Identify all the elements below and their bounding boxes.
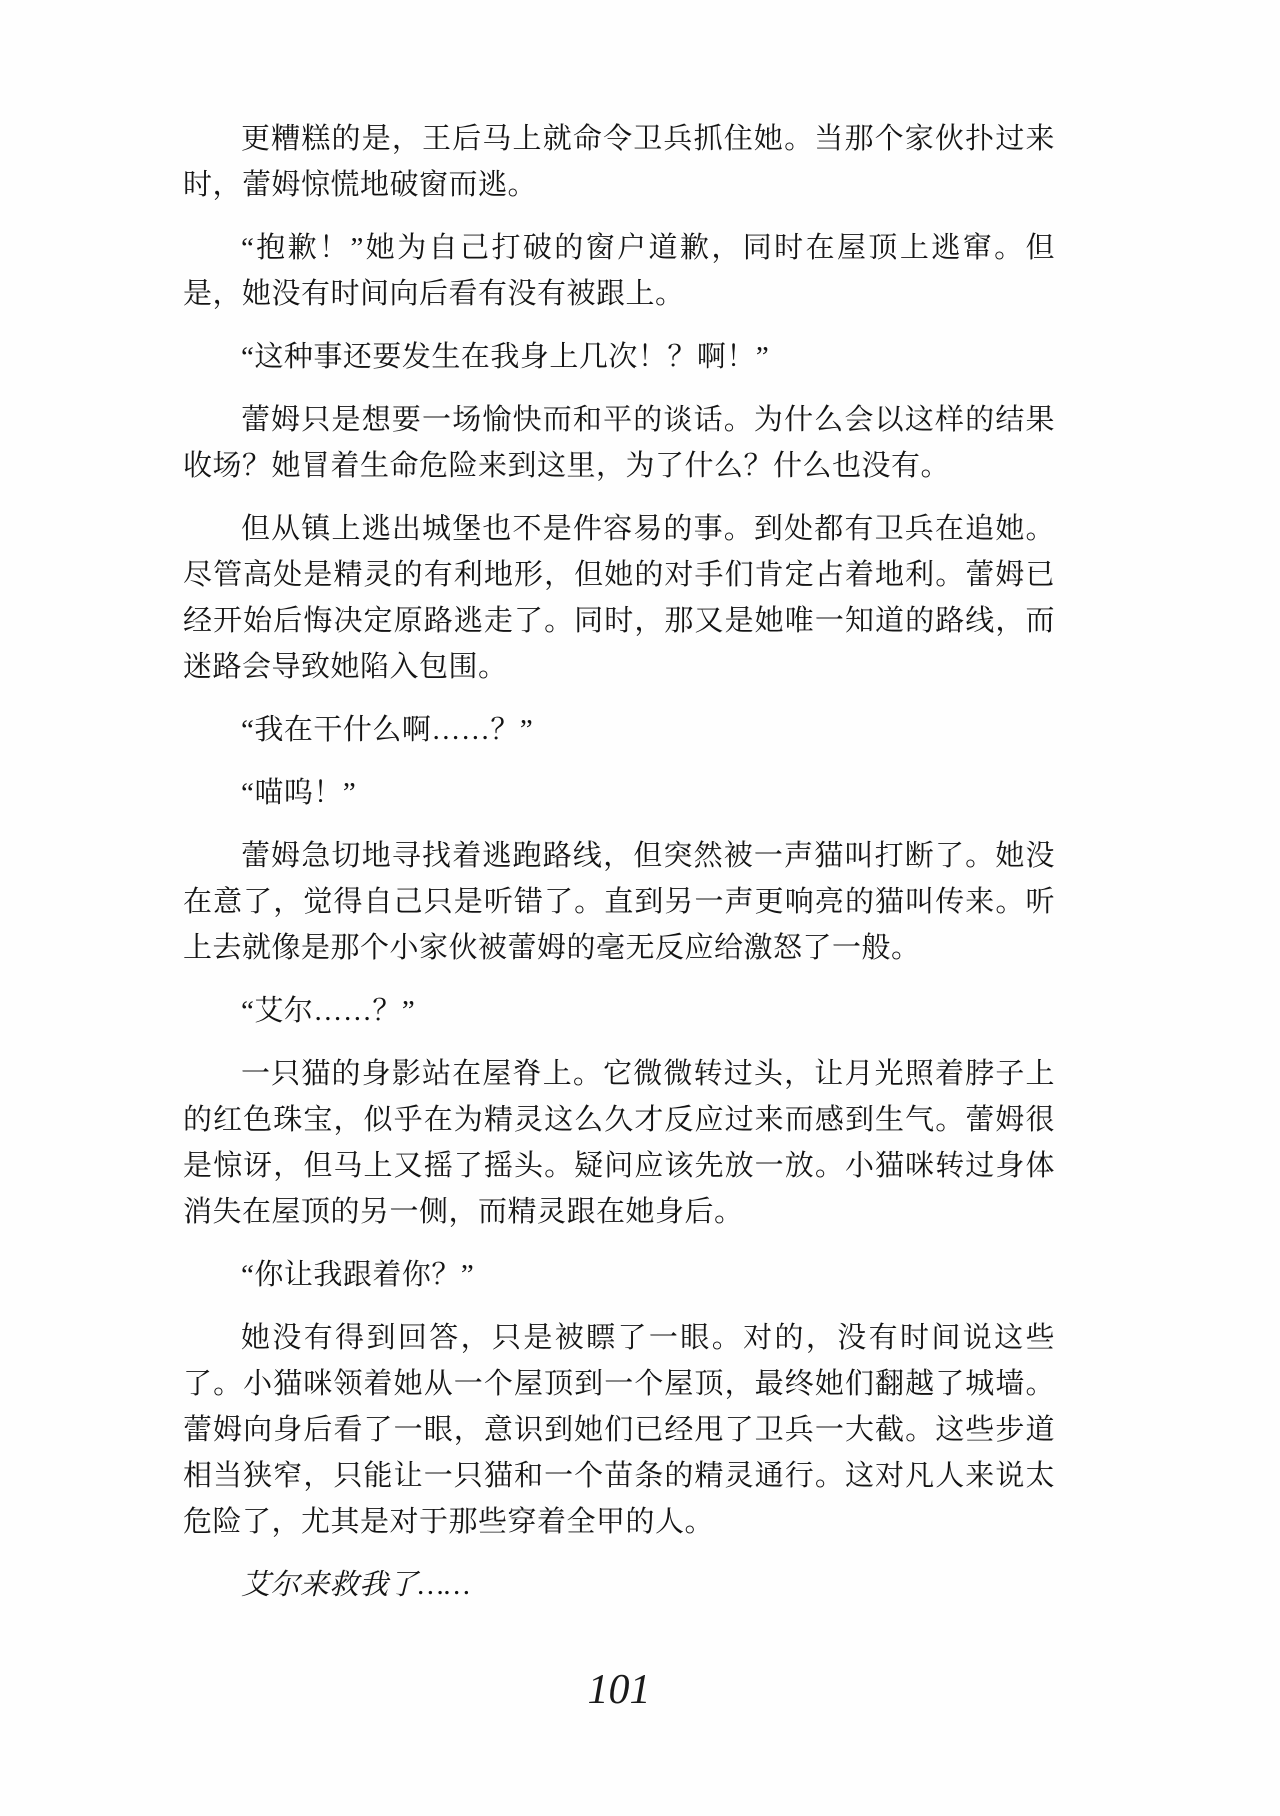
paragraph-inner-thought: 艾尔来救我了…… <box>183 1562 1055 1608</box>
book-page: 更糟糕的是，王后马上就命令卫兵抓住她。当那个家伙扑过来时，蕾姆惊慌地破窗而逃。 … <box>0 0 1280 1816</box>
paragraph-dialogue: “艾尔……？” <box>183 988 1055 1034</box>
paragraph-narration: 更糟糕的是，王后马上就命令卫兵抓住她。当那个家伙扑过来时，蕾姆惊慌地破窗而逃。 <box>183 116 1055 208</box>
page-number: 101 <box>183 1666 1055 1714</box>
body-text: 更糟糕的是，王后马上就命令卫兵抓住她。当那个家伙扑过来时，蕾姆惊慌地破窗而逃。 … <box>183 116 1055 1608</box>
paragraph-narration: 但从镇上逃出城堡也不是件容易的事。到处都有卫兵在追她。尽管高处是精灵的有利地形，… <box>183 506 1055 690</box>
paragraph-narration: 蕾姆急切地寻找着逃跑路线，但突然被一声猫叫打断了。她没在意了，觉得自己只是听错了… <box>183 833 1055 971</box>
paragraph-dialogue: “抱歉！”她为自己打破的窗户道歉，同时在屋顶上逃窜。但是，她没有时间向后看有没有… <box>183 225 1055 317</box>
paragraph-narration: 蕾姆只是想要一场愉快而和平的谈话。为什么会以这样的结果收场？她冒着生命危险来到这… <box>183 397 1055 489</box>
paragraph-dialogue: “喵呜！” <box>183 770 1055 816</box>
paragraph-narration: 她没有得到回答，只是被瞟了一眼。对的，没有时间说这些了。小猫咪领着她从一个屋顶到… <box>183 1315 1055 1545</box>
paragraph-dialogue: “我在干什么啊……？” <box>183 707 1055 753</box>
paragraph-dialogue: “这种事还要发生在我身上几次！？啊！” <box>183 334 1055 380</box>
paragraph-narration: 一只猫的身影站在屋脊上。它微微转过头，让月光照着脖子上的红色珠宝，似乎在为精灵这… <box>183 1051 1055 1235</box>
paragraph-dialogue: “你让我跟着你？” <box>183 1252 1055 1298</box>
